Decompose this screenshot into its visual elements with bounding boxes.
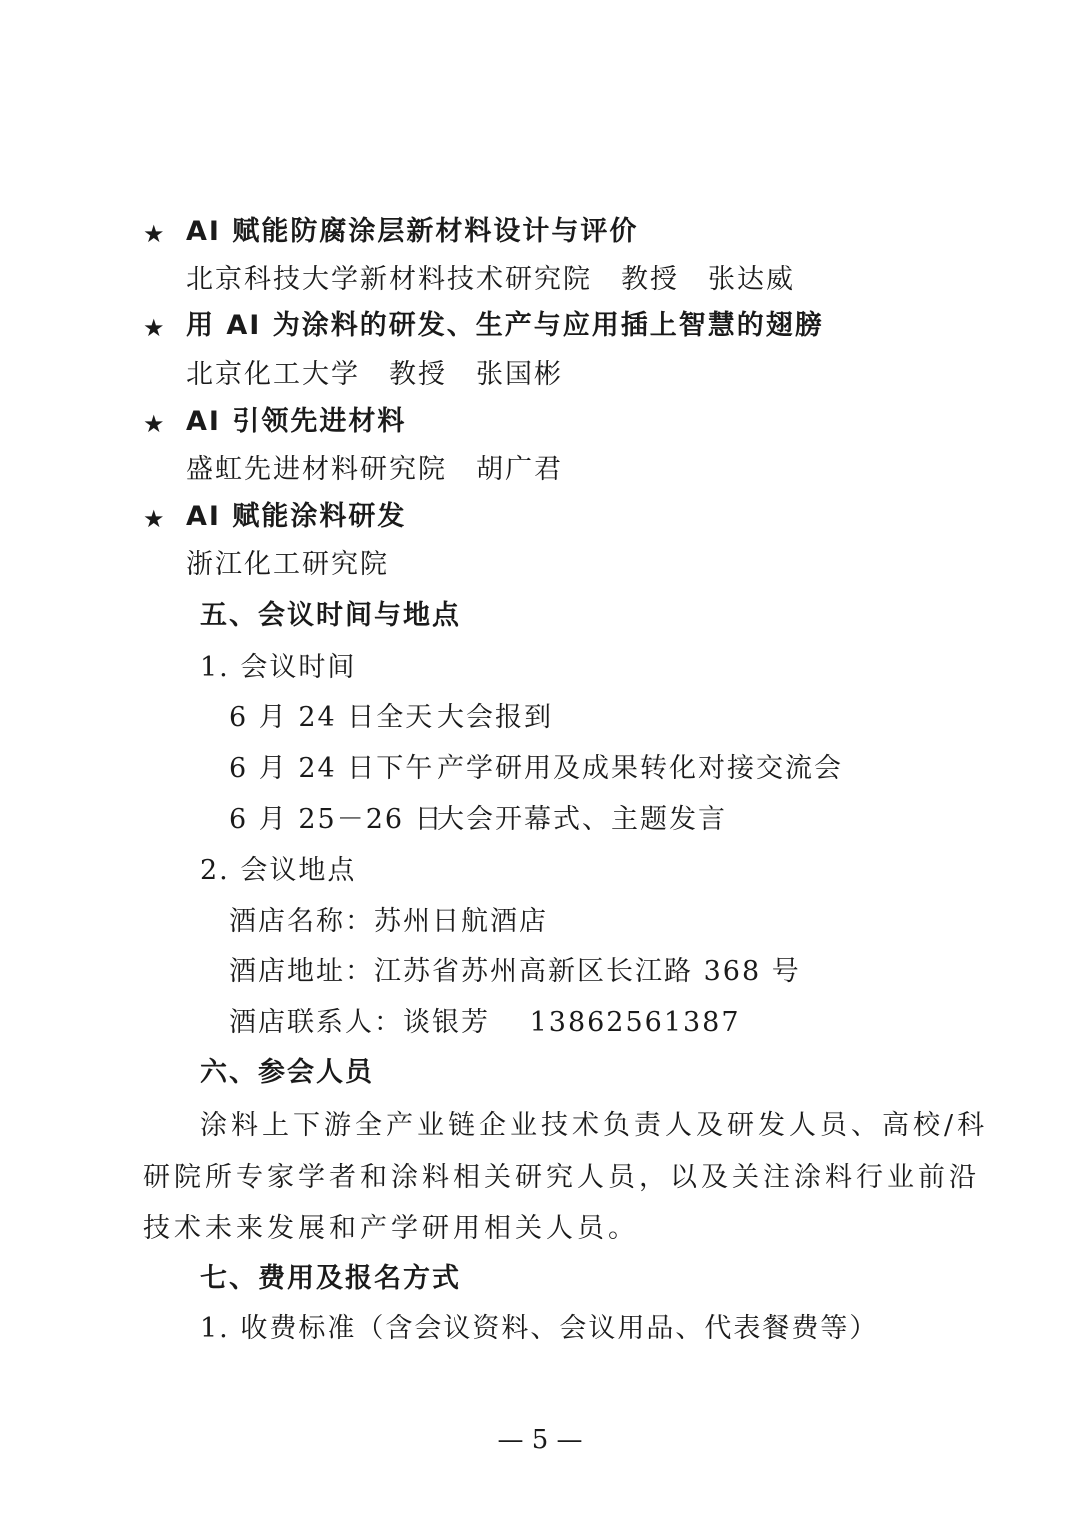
schedule-date: 6 月 25－26 日: [229, 802, 444, 838]
hotel-contact: 酒店联系人：谈银芳 13862561387: [229, 1005, 741, 1041]
hotel-address: 酒店地址：江苏省苏州高新区长江路 368 号: [229, 954, 801, 990]
schedule-date: 6 月 24 日下午: [229, 751, 434, 787]
schedule-event: 大会报到: [437, 700, 553, 736]
talk-speaker: 北京化工大学 教授 张国彬: [186, 357, 563, 393]
section-heading: 六、参会人员: [200, 1055, 374, 1091]
section-heading: 七、费用及报名方式: [200, 1261, 461, 1297]
subsection-heading: 2. 会议地点: [200, 853, 356, 889]
subsection-heading: 1. 收费标准（含会议资料、会议用品、代表餐费等）: [200, 1311, 878, 1347]
schedule-date: 6 月 24 日全天: [229, 700, 434, 736]
star-icon: ★: [143, 406, 165, 442]
paragraph-line: 涂料上下游全产业链企业技术负责人及研发人员、高校/科: [200, 1108, 988, 1144]
star-icon: ★: [143, 310, 165, 346]
talk-title: AI 赋能涂料研发: [186, 499, 406, 535]
schedule-event: 产学研用及成果转化对接交流会: [437, 751, 843, 787]
star-icon: ★: [143, 216, 165, 252]
subsection-heading: 1. 会议时间: [200, 650, 356, 686]
paragraph-line: 研院所专家学者和涂料相关研究人员，以及关注涂料行业前沿: [143, 1160, 980, 1196]
section-heading: 五、会议时间与地点: [200, 598, 461, 634]
hotel-name: 酒店名称：苏州日航酒店: [229, 904, 548, 940]
page-number: — 5 —: [0, 1422, 1080, 1458]
star-icon: ★: [143, 501, 165, 537]
paragraph-line: 技术未来发展和产学研用相关人员。: [143, 1211, 639, 1247]
talk-speaker: 盛虹先进材料研究院 胡广君: [186, 452, 563, 488]
talk-title: 用 AI 为涂料的研发、生产与应用插上智慧的翅膀: [186, 308, 824, 344]
talk-title: AI 引领先进材料: [186, 404, 406, 440]
talk-speaker: 浙江化工研究院: [186, 547, 389, 583]
schedule-event: 大会开幕式、主题发言: [437, 802, 727, 838]
talk-speaker: 北京科技大学新材料技术研究院 教授 张达威: [186, 262, 795, 298]
talk-title: AI 赋能防腐涂层新材料设计与评价: [186, 214, 638, 250]
